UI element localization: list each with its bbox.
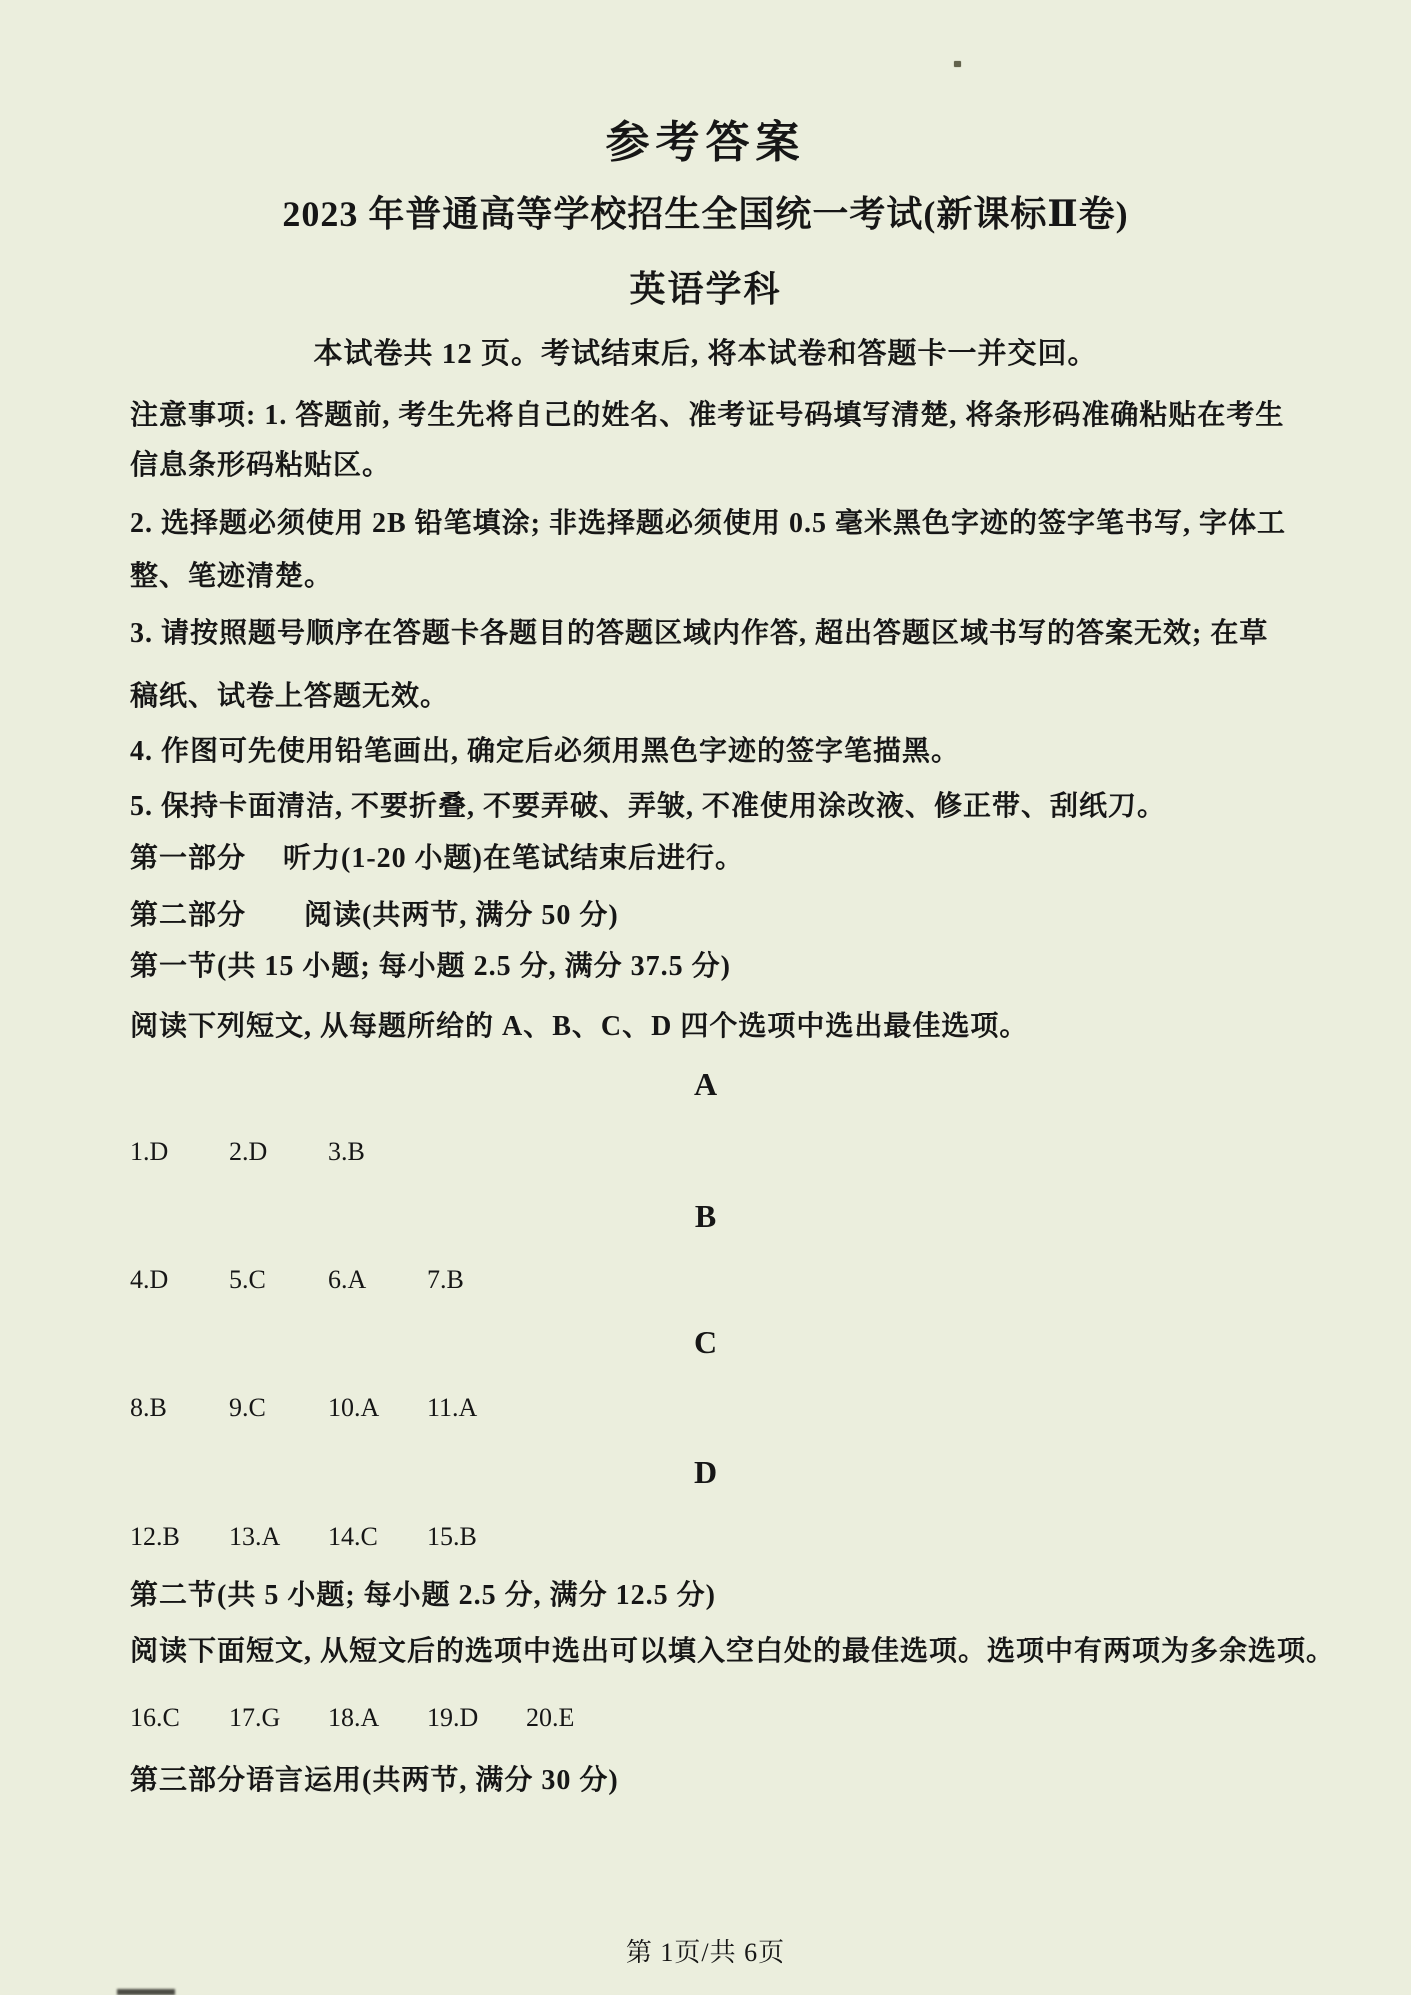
answer-item: 8.B bbox=[130, 1393, 229, 1423]
answer-item: 14.C bbox=[328, 1522, 427, 1552]
answer-item: 20.E bbox=[526, 1703, 625, 1733]
passage-label-a: A bbox=[0, 1066, 1411, 1103]
answer-item: 11.A bbox=[427, 1393, 526, 1423]
page-footer: 第 1页/共 6页 bbox=[0, 1938, 1411, 1968]
instruction-line-4: 整、笔迹清楚。 bbox=[130, 561, 333, 593]
answer-item: 12.B bbox=[130, 1522, 229, 1552]
page-title: 参考答案 bbox=[0, 118, 1411, 169]
instruction-line-1: 注意事项: 1. 答题前, 考生先将自己的姓名、准考证号码填写清楚, 将条形码准… bbox=[130, 400, 1284, 432]
instruction-line-7: 4. 作图可先使用铅笔画出, 确定后必须用黑色字迹的签字笔描黑。 bbox=[130, 736, 960, 768]
answer-item: 9.C bbox=[229, 1393, 328, 1423]
section2-heading: 第二节(共 5 小题; 每小题 2.5 分, 满分 12.5 分) bbox=[130, 1580, 716, 1612]
section1-instruction: 阅读下列短文, 从每题所给的 A、B、C、D 四个选项中选出最佳选项。 bbox=[130, 1011, 1028, 1043]
answer-item: 16.C bbox=[130, 1703, 229, 1733]
subject-title: 英语学科 bbox=[0, 269, 1411, 310]
answer-item: 18.A bbox=[328, 1703, 427, 1733]
exam-notice: 本试卷共 12 页。考试结束后, 将本试卷和答题卡一并交回。 bbox=[0, 338, 1411, 371]
part2-heading: 第二部分 阅读(共两节, 满分 50 分) bbox=[130, 900, 619, 932]
part1-heading: 第一部分 听力(1-20 小题)在笔试结束后进行。 bbox=[130, 843, 744, 875]
instruction-line-8: 5. 保持卡面清洁, 不要折叠, 不要弄破、弄皱, 不准使用涂改液、修正带、刮纸… bbox=[130, 791, 1166, 823]
section2-instruction: 阅读下面短文, 从短文后的选项中选出可以填入空白处的最佳选项。选项中有两项为多余… bbox=[130, 1636, 1335, 1668]
answer-row-d: 12.B 13.A 14.C 15.B bbox=[130, 1522, 526, 1552]
answer-item: 1.D bbox=[130, 1137, 229, 1167]
answer-row-a: 1.D 2.D 3.B bbox=[130, 1137, 427, 1167]
answer-item: 6.A bbox=[328, 1265, 427, 1295]
answer-item: 7.B bbox=[427, 1265, 526, 1295]
answer-item: 10.A bbox=[328, 1393, 427, 1423]
answer-row-c: 8.B 9.C 10.A 11.A bbox=[130, 1393, 526, 1423]
section1-heading: 第一节(共 15 小题; 每小题 2.5 分, 满分 37.5 分) bbox=[130, 951, 731, 983]
answer-item: 19.D bbox=[427, 1703, 526, 1733]
part3-heading: 第三部分语言运用(共两节, 满分 30 分) bbox=[130, 1765, 619, 1797]
instruction-line-6: 稿纸、试卷上答题无效。 bbox=[130, 681, 449, 713]
passage-label-c: C bbox=[0, 1324, 1411, 1361]
answer-item: 5.C bbox=[229, 1265, 328, 1295]
answer-row-section2: 16.C 17.G 18.A 19.D 20.E bbox=[130, 1703, 625, 1733]
scan-artifact-smudge bbox=[117, 1989, 175, 1995]
instruction-line-2: 信息条形码粘贴区。 bbox=[130, 450, 391, 482]
answer-item: 3.B bbox=[328, 1137, 427, 1167]
document-page: 参考答案 2023 年普通高等学校招生全国统一考试(新课标Ⅱ卷) 英语学科 本试… bbox=[0, 0, 1411, 1995]
passage-label-b: B bbox=[0, 1198, 1411, 1235]
instruction-line-5: 3. 请按照题号顺序在答题卡各题目的答题区域内作答, 超出答题区域书写的答案无效… bbox=[130, 618, 1268, 650]
answer-item: 2.D bbox=[229, 1137, 328, 1167]
answer-item: 17.G bbox=[229, 1703, 328, 1733]
answer-item: 13.A bbox=[229, 1522, 328, 1552]
passage-label-d: D bbox=[0, 1454, 1411, 1491]
exam-title: 2023 年普通高等学校招生全国统一考试(新课标Ⅱ卷) bbox=[0, 194, 1411, 235]
instruction-line-3: 2. 选择题必须使用 2B 铅笔填涂; 非选择题必须使用 0.5 毫米黑色字迹的… bbox=[130, 508, 1286, 540]
scan-artifact-dot bbox=[954, 61, 961, 67]
answer-row-b: 4.D 5.C 6.A 7.B bbox=[130, 1265, 526, 1295]
answer-item: 15.B bbox=[427, 1522, 526, 1552]
answer-item: 4.D bbox=[130, 1265, 229, 1295]
